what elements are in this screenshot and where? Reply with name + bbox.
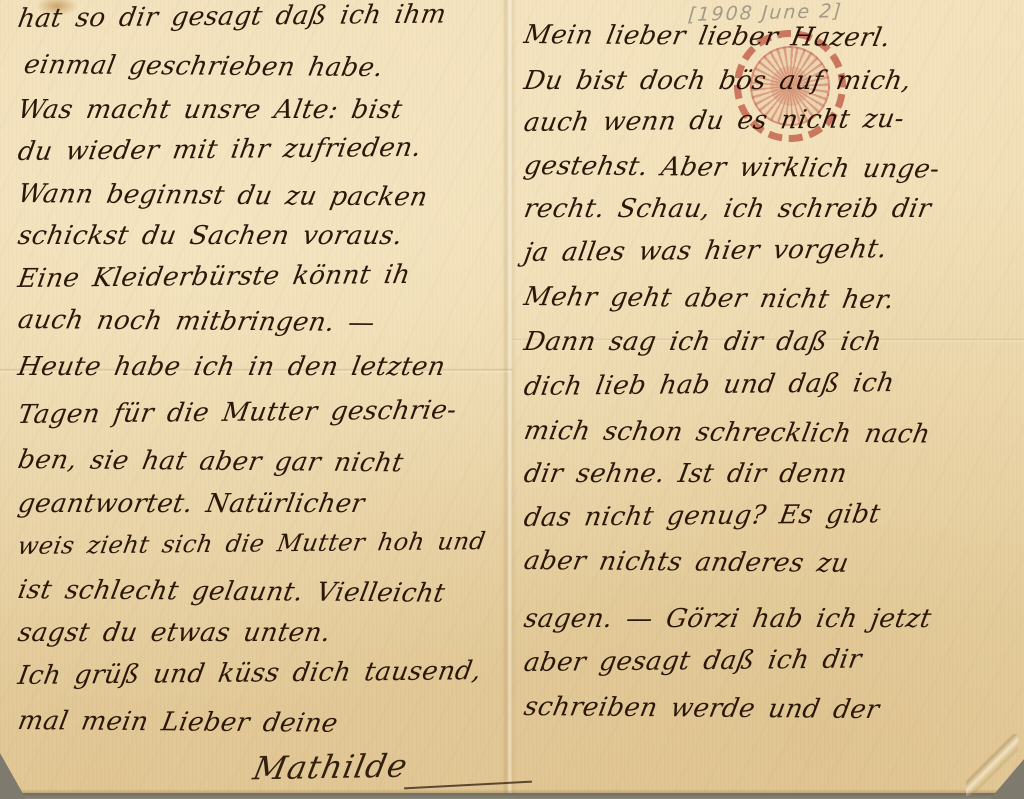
letter-line: recht. Schau, ich schreib dir	[522, 196, 933, 222]
letter-line: sagst du etwas unten.	[16, 620, 333, 646]
letter-line: weis zieht sich die Mutter hoh und	[16, 529, 487, 558]
letter-line: Mehr geht aber nicht her.	[522, 284, 896, 313]
letter-line: Tagen für die Mutter geschrie-	[16, 397, 459, 428]
letter-line: gestehst. Aber wirklich unge-	[522, 153, 942, 183]
letter-line: sagen. — Görzi hab ich jetzt	[522, 606, 933, 632]
letter-page-right: Mein lieber lieber Hazerl. Du bist doch …	[522, 0, 1018, 799]
letter-line: ja alles was hier vorgeht.	[522, 236, 889, 266]
letter-line: Wann beginnst du zu packen	[16, 181, 430, 211]
letter-line: das nicht genug? Es gibt	[522, 501, 882, 531]
signature: Mathilde	[250, 747, 411, 788]
letter-line: mal mein Lieber deine	[16, 708, 340, 737]
letter-line: geantwortet. Natürlicher	[16, 491, 367, 517]
letter-line: dir sehne. Ist dir denn	[522, 461, 849, 487]
pencil-annotation: [1908 June 2]	[687, 0, 843, 26]
letter-line: Dann sag ich dir daß ich	[522, 329, 884, 355]
letter-line: dich lieb hab und daß ich	[522, 370, 896, 400]
letter-line: ist schlecht gelaunt. Vielleicht	[16, 577, 447, 607]
letter-line: aber nichts anderes zu	[522, 548, 851, 577]
dogear-fold	[966, 734, 1018, 796]
letter-line: Mein lieber lieber Hazerl.	[522, 22, 893, 51]
letter-line: aber gesagt daß ich dir	[522, 646, 864, 676]
letter-line: Ich grüß und küss dich tausend,	[16, 658, 483, 689]
letter-line: Was macht unsre Alte: bist	[16, 97, 404, 123]
letter-line: Du bist doch bös auf mich,	[522, 68, 913, 94]
letter-line: auch noch mitbringen. —	[16, 307, 377, 336]
letter-line: schickst du Sachen voraus.	[16, 223, 405, 249]
scanner-background-strip	[0, 793, 1024, 799]
letter-line: mich schon schrecklich nach	[522, 418, 932, 448]
letter-scan: hat so dir gesagt daß ich ihm einmal ges…	[0, 0, 1024, 799]
letter-line: auch wenn du es nicht zu-	[522, 106, 906, 136]
letter-line: du wieder mit ihr zufrieden.	[16, 135, 423, 165]
letter-line: einmal geschrieben habe.	[22, 52, 385, 81]
letter-line: ben, sie hat aber gar nicht	[16, 447, 405, 476]
letter-page-left: hat so dir gesagt daß ich ihm einmal ges…	[16, 0, 510, 799]
letter-line: schreiben werde und der	[522, 694, 882, 723]
letter-line: Heute habe ich in den letzten	[16, 354, 447, 380]
letter-line: Eine Kleiderbürste könnt ih	[16, 262, 412, 292]
letter-line: hat so dir gesagt daß ich ihm	[16, 2, 448, 32]
